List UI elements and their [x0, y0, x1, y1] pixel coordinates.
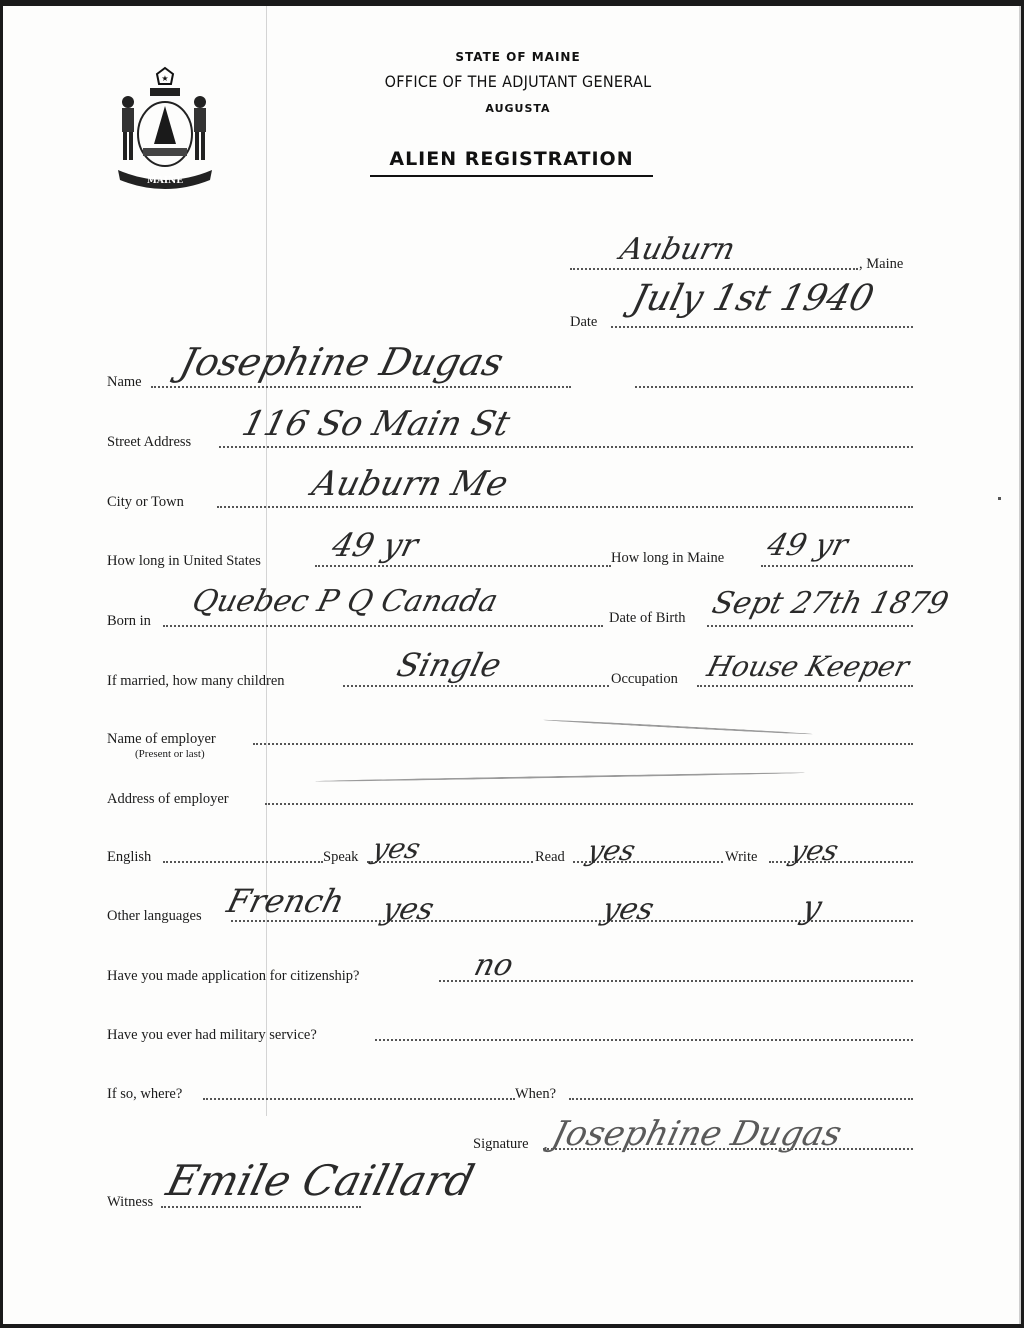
date-label: Date [570, 314, 597, 331]
english-read-label: Read [535, 849, 565, 866]
employer-name-label: Name of employer [107, 731, 216, 748]
how-long-maine-line [761, 565, 913, 567]
name-line-2 [635, 386, 913, 388]
english-read-value[interactable]: yes [584, 834, 639, 867]
registration-form-page: ★ MAINE STATE OF MAINE OFFICE OF THE ADJ… [3, 6, 1021, 1324]
how-long-us-label: How long in United States [107, 553, 261, 570]
name-line [151, 386, 571, 388]
military-label: Have you ever had military service? [107, 1027, 317, 1044]
how-long-maine-label: How long in Maine [611, 550, 724, 567]
other-languages-label: Other languages [107, 908, 202, 925]
witness-line [161, 1206, 361, 1208]
svg-text:MAINE: MAINE [147, 176, 183, 186]
city-value[interactable]: Auburn Me [308, 464, 512, 504]
street-address-line [219, 446, 913, 448]
occupation-line [697, 685, 913, 687]
fold-line [266, 6, 267, 1116]
other-language-read-value[interactable]: yes [599, 892, 658, 927]
location-value[interactable]: Auburn [617, 232, 739, 267]
city-line [217, 506, 913, 508]
english-speak-label: Speak [323, 849, 358, 866]
maine-state-seal-icon: ★ MAINE [110, 66, 220, 192]
city-label: City or Town [107, 494, 184, 511]
signature-label: Signature [473, 1136, 529, 1153]
header-state: STATE OF MAINE [343, 50, 693, 64]
name-label: Name [107, 374, 142, 391]
born-in-line [163, 625, 603, 627]
english-label: English [107, 849, 151, 866]
employer-address-line[interactable] [265, 803, 913, 805]
page-edge [1019, 6, 1021, 1324]
location-line [570, 268, 858, 270]
citizenship-line [439, 980, 913, 982]
english-line [163, 861, 323, 863]
english-speak-value[interactable]: yes [369, 832, 424, 865]
signature-value[interactable]: Josephine Dugas [548, 1114, 846, 1154]
when-label: When? [515, 1086, 556, 1103]
occupation-value[interactable]: House Keeper [704, 650, 913, 683]
date-line [611, 326, 913, 328]
witness-value[interactable]: Emile Caillard [162, 1156, 479, 1205]
header-office: OFFICE OF THE ADJUTANT GENERAL [343, 72, 693, 91]
children-value[interactable]: Single [393, 646, 505, 684]
employer-address-dash-stroke [315, 772, 805, 783]
witness-label: Witness [107, 1194, 153, 1211]
when-line[interactable] [569, 1098, 913, 1100]
scan-speck [998, 497, 1001, 500]
svg-text:★: ★ [161, 74, 168, 83]
street-address-label: Street Address [107, 434, 191, 451]
date-of-birth-label: Date of Birth [609, 610, 686, 627]
military-line[interactable] [375, 1039, 913, 1041]
citizenship-label: Have you made application for citizenshi… [107, 968, 359, 985]
page-title: ALIEN REGISTRATION [370, 148, 653, 177]
other-language-speak-value[interactable]: yes [379, 892, 438, 927]
occupation-label: Occupation [611, 671, 678, 688]
employer-name-sublabel: (Present or last) [135, 748, 205, 760]
how-long-maine-value[interactable]: 49 yr [764, 528, 852, 563]
location-suffix: , Maine [859, 256, 903, 273]
where-line[interactable] [203, 1098, 515, 1100]
born-in-label: Born in [107, 613, 151, 630]
employer-name-dash-stroke [543, 719, 813, 735]
children-line [343, 685, 609, 687]
street-address-value[interactable]: 116 So Main St [238, 404, 514, 444]
citizenship-value[interactable]: no [471, 948, 517, 983]
english-write-label: Write [725, 849, 757, 866]
name-value[interactable]: Josephine Dugas [176, 340, 508, 384]
children-label: If married, how many children [107, 673, 285, 690]
how-long-us-value[interactable]: 49 yr [328, 526, 422, 564]
employer-address-label: Address of employer [107, 791, 229, 808]
date-value[interactable]: July 1st 1940 [628, 278, 878, 319]
english-write-value[interactable]: yes [787, 834, 842, 867]
date-of-birth-value[interactable]: Sept 27th 1879 [709, 586, 952, 621]
header-city: AUGUSTA [343, 102, 693, 115]
date-of-birth-line [707, 625, 913, 627]
how-long-us-line [315, 565, 611, 567]
other-language-value[interactable]: French [223, 882, 348, 920]
employer-name-line[interactable] [253, 743, 913, 745]
where-label: If so, where? [107, 1086, 182, 1103]
born-in-value[interactable]: Quebec P Q Canada [189, 584, 502, 619]
